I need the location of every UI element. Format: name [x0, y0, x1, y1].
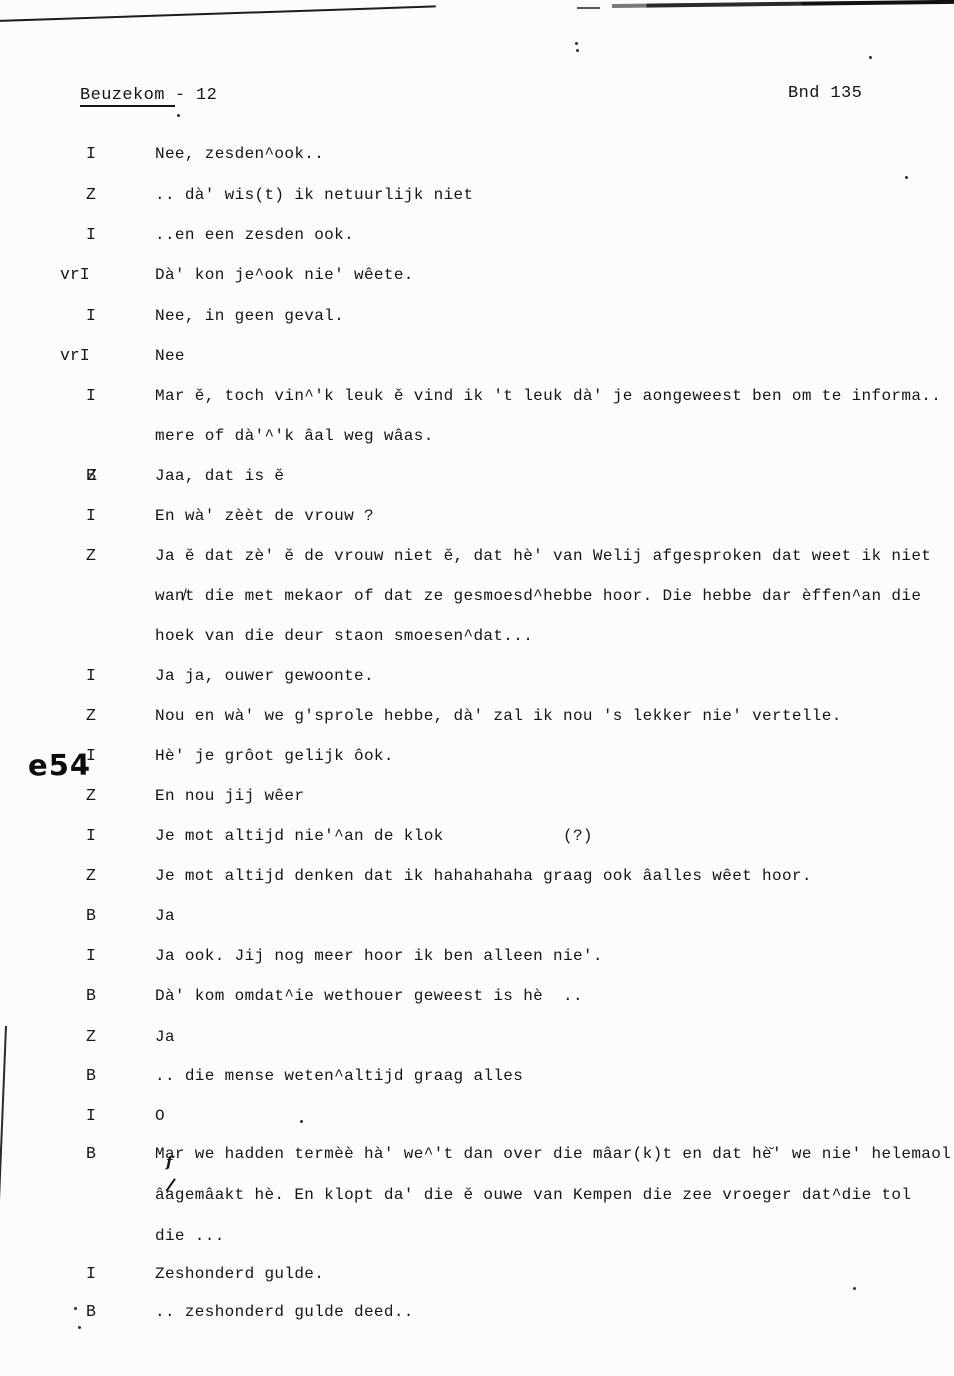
scan-edge-line-top-right: [612, 0, 954, 8]
utterance: Je mot altijd nie'^an de klok (?): [155, 816, 954, 856]
ink-speck: [869, 56, 872, 59]
transcript-line: Je mot altijd denken dat ik hahahahaha g…: [155, 856, 954, 896]
utterance: Zeshonderd gulde.: [155, 1254, 954, 1294]
transcript-line: Zeshonderd gulde.: [155, 1254, 954, 1294]
transcript-line: Je mot altijd nie'^an de klok (?): [155, 816, 954, 856]
transcript-line: mere of dà'^'k âal weg wâas.: [155, 416, 954, 456]
utterance: Dà' kon je^ook nie' wêete.: [155, 255, 954, 295]
speaker-label: Z: [86, 856, 96, 896]
transcript-line: Mar we hadden termèè hà' we^'t dan over …: [155, 1134, 954, 1175]
ink-speck: [575, 42, 578, 45]
transcript-line: Ja: [155, 1017, 954, 1057]
transcript-line: .. zeshonderd gulde deed..: [155, 1292, 954, 1332]
ink-speck: [78, 1326, 81, 1329]
ink-speck: [177, 114, 180, 117]
speaker-label: I: [86, 376, 96, 416]
speaker-label: I: [86, 816, 96, 856]
transcript-line: die ...: [155, 1216, 954, 1257]
transcript-line: Ja ja, ouwer gewoonte.: [155, 656, 954, 696]
speaker-label: Z: [86, 696, 96, 736]
transcript-line: Mar ě, toch vin^'k leuk ě vind ik 't leu…: [155, 376, 954, 416]
transcript-line: En wà' zèèt de vrouw ?: [155, 496, 954, 536]
speaker-label: I: [86, 936, 96, 976]
speaker-label: Z: [86, 1017, 96, 1057]
utterance: Mar ě, toch vin^'k leuk ě vind ik 't leu…: [155, 376, 954, 456]
page-title-number: - 12: [175, 86, 217, 105]
transcript-line: Hè' je grôot gelijk ôok.: [155, 736, 954, 776]
speaker-label: I: [86, 1254, 96, 1294]
speaker-label: Z: [86, 776, 96, 816]
speaker-label: vrI: [60, 336, 90, 376]
utterance: Nou en wà' we g'sprole hebbe, dà' zal ik…: [155, 696, 954, 736]
transcript-line: Jaa, dat is ĕ: [155, 456, 954, 496]
utterance: .. die mense weten^altijd graag alles: [155, 1056, 954, 1096]
speaker-label: I: [86, 736, 96, 776]
speaker-overstrike-char: Z: [87, 456, 97, 496]
transcript-line: âfagemâakt hè. En klopt da' die ĕ ouwe v…: [155, 1175, 954, 1216]
transcript-line: wan̸t die met mekaor of dat ze gesmoesd^…: [155, 576, 954, 616]
scan-edge-dash-top: [577, 7, 600, 9]
transcript-line: O: [155, 1096, 954, 1136]
scan-edge-line-top-left: [0, 5, 436, 22]
page-title-underlined: Beuzekom: [80, 86, 175, 107]
speaker-label: I: [86, 296, 96, 336]
utterance: Ja ja, ouwer gewoonte.: [155, 656, 954, 696]
utterance: Ja: [155, 1017, 954, 1057]
ink-speck: [576, 49, 579, 52]
speaker-label: I: [86, 215, 96, 255]
utterance: ..en een zesden ook.: [155, 215, 954, 255]
utterance: Ja ook. Jij nog meer hoor ik ben alleen …: [155, 936, 954, 976]
utterance: Ja ĕ dat zè' ĕ de vrouw niet ĕ, dat hè' …: [155, 536, 954, 656]
utterance: Jaa, dat is ĕ: [155, 456, 954, 496]
utterance: Dà' kom omdat^ie wethouer geweest is hè …: [155, 976, 954, 1016]
utterance: En nou jij wêer: [155, 776, 954, 816]
scan-edge-line-left: [0, 1026, 7, 1376]
speaker-label: I: [86, 496, 96, 536]
speaker-label: B: [86, 1134, 96, 1174]
utterance: .. dà' wis(t) ik netuurlijk niet: [155, 175, 954, 215]
speaker-label: I: [86, 134, 96, 174]
utterance: O: [155, 1096, 954, 1136]
speaker-label: Z: [86, 536, 96, 576]
utterance: Nee: [155, 336, 954, 376]
utterance: Nee, zesden^ook..: [155, 134, 954, 174]
utterance: Je mot altijd denken dat ik hahahahaha g…: [155, 856, 954, 896]
speaker-label: B: [86, 976, 96, 1016]
utterance: Nee, in geen geval.: [155, 296, 954, 336]
band-number: Bnd 135: [788, 84, 862, 103]
utterance: Hè' je grôot gelijk ôok.: [155, 736, 954, 776]
speaker-label: I: [86, 1096, 96, 1136]
ink-speck: [74, 1307, 77, 1310]
scanned-transcript-page: Beuzekom- 12 Bnd 135 e54 INee, zesden^oo…: [0, 0, 954, 1376]
transcript-line: hoek van die deur staon smoesen^dat...: [155, 616, 954, 656]
handwritten-correction: fa: [165, 1175, 175, 1216]
margin-note-handwritten: e54: [28, 747, 92, 782]
transcript-line: Dà' kom omdat^ie wethouer geweest is hè …: [155, 976, 954, 1016]
transcript-line: Nee, in geen geval.: [155, 296, 954, 336]
transcript-line: Nee, zesden^ook..: [155, 134, 954, 174]
utterance: Ja: [155, 896, 954, 936]
utterance: .. zeshonderd gulde deed..: [155, 1292, 954, 1332]
transcript-line: Ja ook. Jij nog meer hoor ik ben alleen …: [155, 936, 954, 976]
inserted-letter: f: [166, 1155, 173, 1169]
page-title: Beuzekom- 12: [80, 86, 217, 107]
speaker-label: BZ: [86, 456, 96, 496]
speaker-label: vrI: [60, 255, 90, 295]
transcript-line: Nou en wà' we g'sprole hebbe, dà' zal ik…: [155, 696, 954, 736]
transcript-line: Nee: [155, 336, 954, 376]
transcript-line: .. dà' wis(t) ik netuurlijk niet: [155, 175, 954, 215]
speaker-label: B: [86, 1056, 96, 1096]
speaker-label: B: [86, 1292, 96, 1332]
transcript-line: Ja ĕ dat zè' ĕ de vrouw niet ĕ, dat hè' …: [155, 536, 954, 576]
utterance: Mar we hadden termèè hà' we^'t dan over …: [155, 1134, 954, 1257]
speaker-label: Z: [86, 175, 96, 215]
speaker-label: I: [86, 656, 96, 696]
speaker-label: B: [86, 896, 96, 936]
transcript-line: En nou jij wêer: [155, 776, 954, 816]
transcript-line: Ja: [155, 896, 954, 936]
utterance: En wà' zèèt de vrouw ?: [155, 496, 954, 536]
transcript-line: ..en een zesden ook.: [155, 215, 954, 255]
transcript-line: Dà' kon je^ook nie' wêete.: [155, 255, 954, 295]
transcript-line: .. die mense weten^altijd graag alles: [155, 1056, 954, 1096]
